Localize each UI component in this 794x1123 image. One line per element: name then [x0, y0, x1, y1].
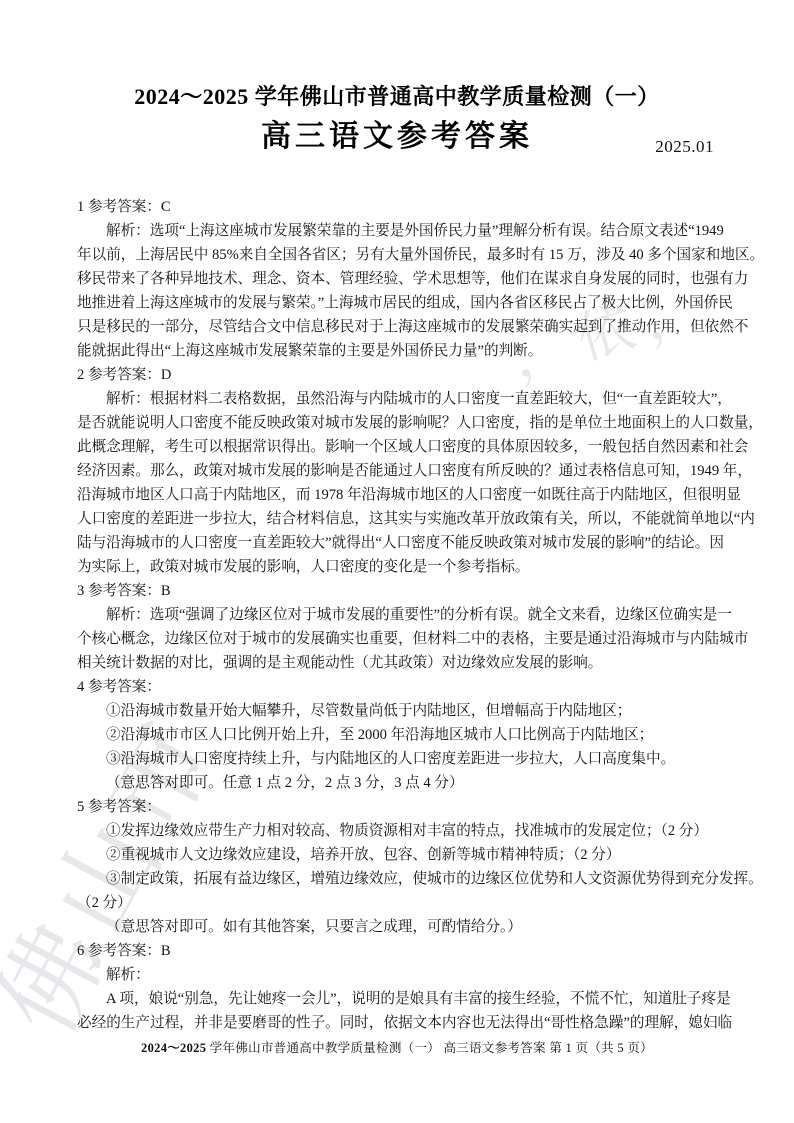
answer-line-2: 2 参考答案：D: [77, 363, 722, 387]
text-line: 解析：选项“上海这座城市发展繁荣靠的主要是外国侨民力量”理解分析有误。结合原文表…: [77, 219, 722, 243]
text-line: （2 分）: [77, 891, 722, 915]
text-line: 解析：根据材料二表格数据，虽然沿海与内陆城市的人口密度一直差距较大，但“一直差距…: [77, 387, 722, 411]
text-line: 个核心概念，边缘区位对于城市的发展确实也重要，但材料二中的表格，主要是通过沿海城…: [77, 627, 722, 651]
exam-title: 2024～2025 学年佛山市普通高中教学质量检测（一）: [0, 84, 794, 110]
page-footer: 2024～2025 学年佛山市普通高中教学质量检测（一） 高三语文参考答案 第 …: [0, 1038, 794, 1056]
text-line: （意思答对即可。如有其他答案，只要言之成理，可酌情给分。）: [77, 915, 722, 939]
text-line: 只是移民的一部分，尽管结合文中信息移民对于上海这座城市的发展繁荣确实起到了推动作…: [77, 315, 722, 339]
text-line: ③沿海城市人口密度持续上升，与内陆地区的人口密度差距进一步拉大，人口高度集中。: [77, 747, 722, 771]
answer-key-title: 高三语文参考答案: [261, 117, 533, 157]
text-line: 移民带来了各种异地技术、理念、资本、管理经验、学术思想等，他们在谋求自身发展的同…: [77, 267, 722, 291]
text-line: A 项，娘说“别急，先让她疼一会儿”，说明的是娘具有丰富的接生经验，不慌不忙，知…: [77, 987, 722, 1011]
answer-line-6: 6 参考答案：B: [77, 939, 722, 963]
footer-exam-year: 2024～2025: [141, 1041, 206, 1055]
text-line: 是否就能说明人口密度不能反映政策对城市发展的影响呢？人口密度，指的是单位土地面积…: [77, 411, 722, 435]
text-line: 此概念理解，考生可以根据常识得出。影响一个区域人口密度的具体原因较多，一般包括自…: [77, 435, 722, 459]
text-line: ①发挥边缘效应带生产力相对较高、物质资源相对丰富的特点，找准城市的发展定位；（2…: [77, 819, 722, 843]
text-line: 经济因素。那么，政策对城市发展的影响是否能通过人口密度有所反映的？通过表格信息可…: [77, 459, 722, 483]
subtitle-row: 高三语文参考答案 2025.01: [0, 117, 794, 159]
text-line: 解析：: [77, 963, 722, 987]
content-lines: 1 参考答案：C解析：选项“上海这座城市发展繁荣靠的主要是外国侨民力量”理解分析…: [77, 195, 722, 1035]
text-line: ②沿海城市市区人口比例开始上升，至 2000 年沿海地区城市人口比例高于内陆地区…: [77, 723, 722, 747]
text-line: 陆与沿海城市的人口密度一直差距较大”就得出“人口密度不能反映政策对城市发展的影响…: [77, 531, 722, 555]
answer-line-5: 5 参考答案：: [77, 795, 722, 819]
document-header: 2024～2025 学年佛山市普通高中教学质量检测（一） 高三语文参考答案 20…: [0, 0, 794, 159]
answer-line-1: 1 参考答案：C: [77, 195, 722, 219]
answer-line-4: 4 参考答案：: [77, 675, 722, 699]
text-line: 年以前，上海居民中 85%来自全国各省区；另有大量外国侨民，最多时有 15 万，…: [77, 243, 722, 267]
document-page: 佛山市 ，依， 2024～2025 学年佛山市普通高中教学质量检测（一） 高三语…: [0, 0, 794, 1123]
answer-line-3: 3 参考答案：B: [77, 579, 722, 603]
text-line: ①沿海城市数量开始大幅攀升，尽管数量尚低于内陆地区，但增幅高于内陆地区；: [77, 699, 722, 723]
text-line: 解析：选项“强调了边缘区位对于城市发展的重要性”的分析有误。就全文来看，边缘区位…: [77, 603, 722, 627]
text-line: 必经的生产过程，并非是要磨哥的性子。同时，依据文本内容也无法得出“哥性格急躁”的…: [77, 1011, 722, 1035]
text-line: 人口密度的差距进一步拉大，结合材料信息，这其实与实施改革开放政策有关，所以，不能…: [77, 507, 722, 531]
text-line: 相关统计数据的对比，强调的是主观能动性（尤其政策）对边缘效应发展的影响。: [77, 651, 722, 675]
text-line: 为实际上，政策对城市发展的影响，人口密度的变化是一个参考指标。: [77, 555, 722, 579]
text-line: ③制定政策，拓展有益边缘区，增殖边缘效应，使城市的边缘区位优势和人文资源优势得到…: [77, 867, 722, 891]
text-line: 沿海城市地区人口高于内陆地区，而 1978 年沿海城市地区的人口密度一如既往高于…: [77, 483, 722, 507]
text-line: （意思答对即可。任意 1 点 2 分，2 点 3 分，3 点 4 分）: [77, 771, 722, 795]
footer-text: 学年佛山市普通高中教学质量检测（一） 高三语文参考答案 第 1 页（共 5 页）: [206, 1041, 653, 1055]
exam-date: 2025.01: [655, 137, 714, 157]
text-line: ②重视城市人文边缘效应建设，培养开放、包容、创新等城市精神特质；（2 分）: [77, 843, 722, 867]
text-line: 地推进着上海这座城市的发展与繁荣。”上海城市居民的组成，国内各省区移民占了极大比…: [77, 291, 722, 315]
text-line: 能就据此得出“上海这座城市发展繁荣靠的主要是外国侨民力量”的判断。: [77, 339, 722, 363]
